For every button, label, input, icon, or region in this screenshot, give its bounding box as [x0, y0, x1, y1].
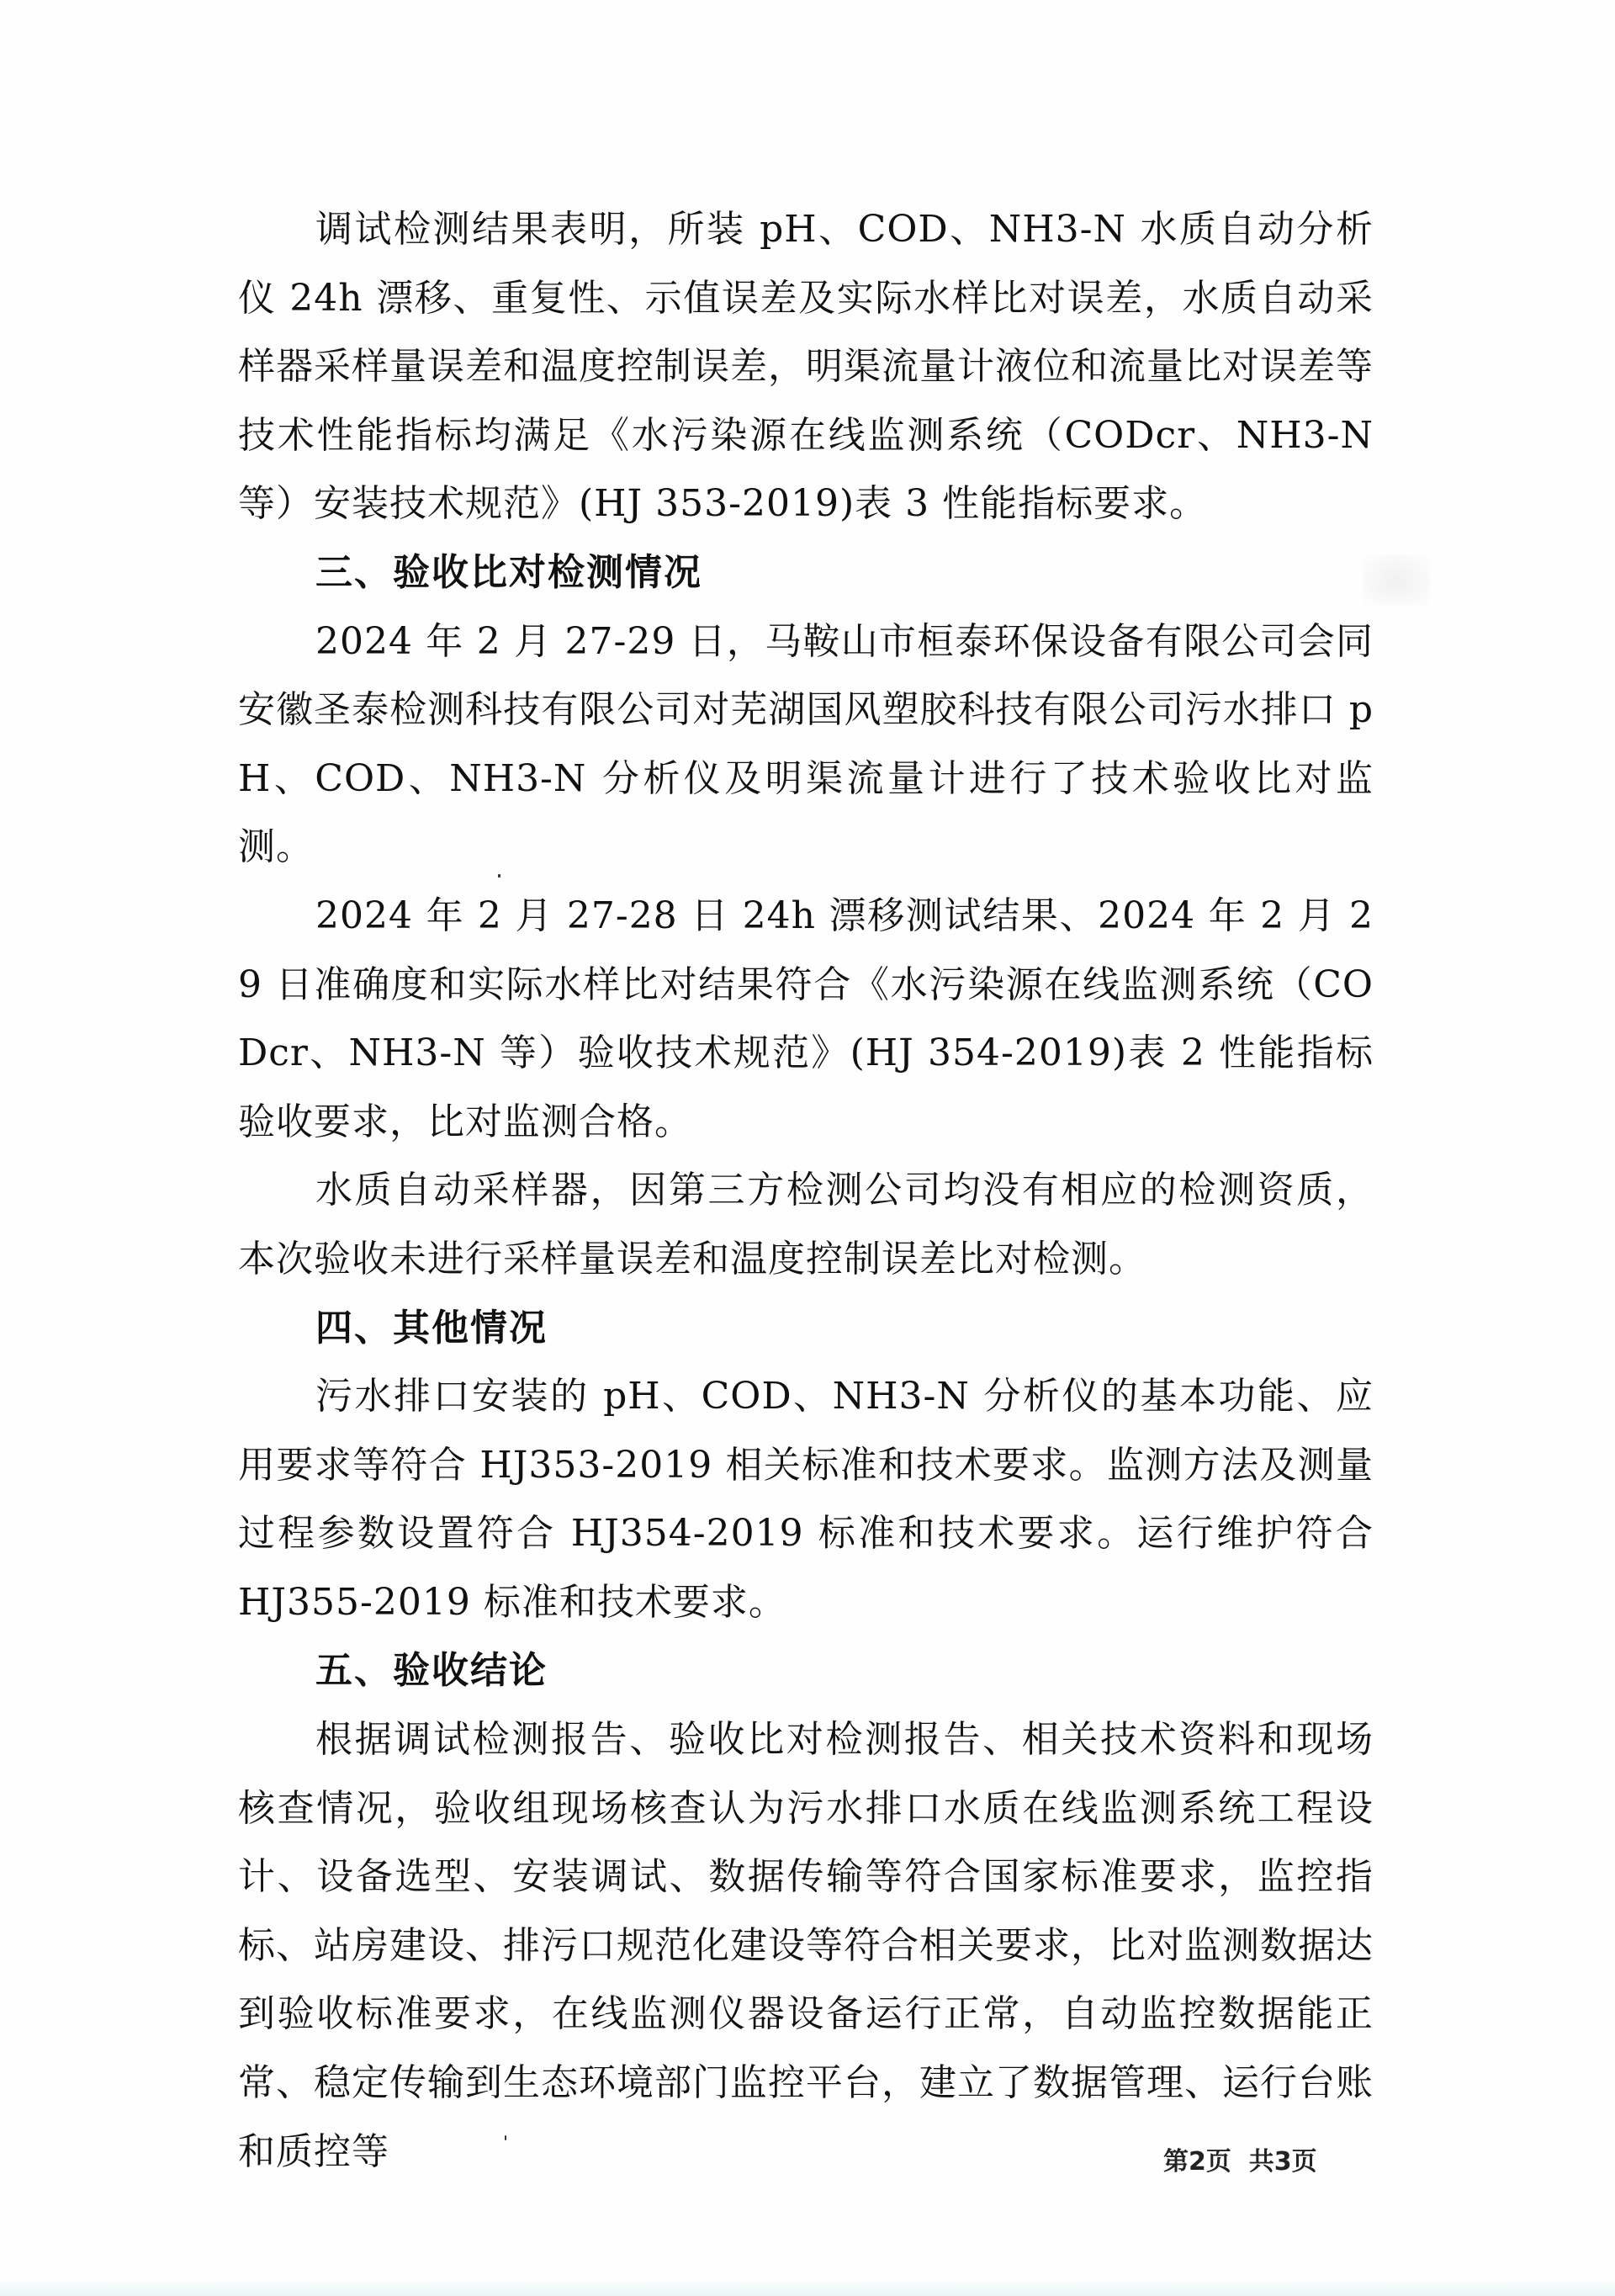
document-body: 调试检测结果表明，所装 pH、COD、NH3-N 水质自动分析仪 24h 漂移、…: [238, 195, 1374, 2186]
scan-edge-tint: [0, 2279, 1615, 2296]
page-number-footer: 第2页 共3页: [1163, 2145, 1317, 2179]
paragraph-sampler-note: 水质自动采样器，因第三方检测公司均没有相应的检测资质，本次验收未进行采样量误差和…: [238, 1156, 1374, 1293]
paragraph-debug-results: 调试检测结果表明，所装 pH、COD、NH3-N 水质自动分析仪 24h 漂移、…: [238, 195, 1374, 538]
scan-speck: [505, 2135, 506, 2140]
scan-speck: [498, 874, 500, 878]
paragraph-comparison-monitoring: 2024 年 2 月 27-29 日，马鞍山市桓泰环保设备有限公司会同安徽圣泰检…: [238, 607, 1374, 882]
section-heading-5: 五、验收结论: [238, 1636, 1374, 1705]
paragraph-drift-test-results: 2024 年 2 月 27-28 日 24h 漂移测试结果、2024 年 2 月…: [238, 882, 1374, 1156]
section-heading-3: 三、验收比对检测情况: [238, 538, 1374, 607]
paragraph-acceptance-conclusion: 根据调试检测报告、验收比对检测报告、相关技术资料和现场核查情况，验收组现场核查认…: [238, 1705, 1374, 2186]
section-heading-4: 四、其他情况: [238, 1294, 1374, 1363]
paragraph-other-conditions: 污水排口安装的 pH、COD、NH3-N 分析仪的基本功能、应用要求等符合 HJ…: [238, 1362, 1374, 1636]
document-page: 调试检测结果表明，所装 pH、COD、NH3-N 水质自动分析仪 24h 漂移、…: [0, 0, 1615, 2296]
